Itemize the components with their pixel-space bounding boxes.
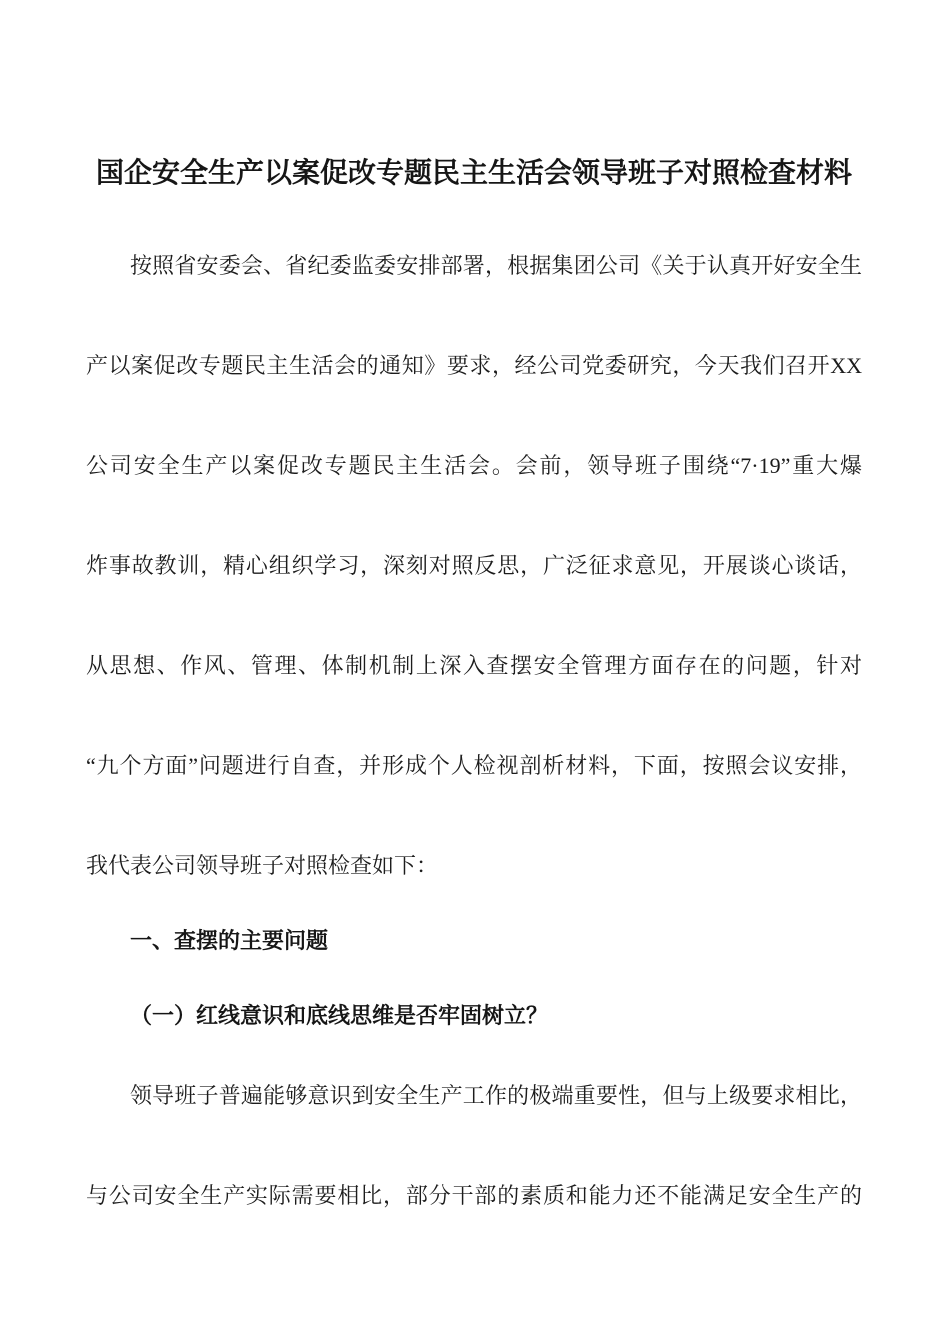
text-line: 炸事故教训，精心组织学习，深刻对照反思，广泛征求意见，开展谈心谈话， xyxy=(86,516,862,616)
body-paragraph: 领导班子普遍能够意识到安全生产工作的极端重要性，但与上级要求相比， 与公司安全生… xyxy=(86,1046,862,1246)
text-line: 按照省安委会、省纪委监委安排部署，根据集团公司《关于认真开好安全生 xyxy=(86,216,862,316)
text-line: 公司安全生产以案促改专题民主生活会。会前，领导班子围绕“7·19”重大爆 xyxy=(86,416,862,516)
text-line: “九个方面”问题进行自查，并形成个人检视剖析材料，下面，按照会议安排， xyxy=(86,716,862,816)
document-title: 国企安全生产以案促改专题民主生活会领导班子对照检查材料 xyxy=(86,152,862,196)
document-page: 国企安全生产以案促改专题民主生活会领导班子对照检查材料 按照省安委会、省纪委监委… xyxy=(0,0,950,1344)
text-line: 我代表公司领导班子对照检查如下： xyxy=(86,816,862,916)
text-line: 产以案促改专题民主生活会的通知》要求，经公司党委研究，今天我们召开XX xyxy=(86,316,862,416)
text-line: 从思想、作风、管理、体制机制上深入查摆安全管理方面存在的问题，针对 xyxy=(86,616,862,716)
text-line: 与公司安全生产实际需要相比，部分干部的素质和能力还不能满足安全生产的 xyxy=(86,1146,862,1246)
document-content: 国企安全生产以案促改专题民主生活会领导班子对照检查材料 按照省安委会、省纪委监委… xyxy=(86,0,862,1246)
subsection-heading-redline-awareness: （一）红线意识和底线思维是否牢固树立？ xyxy=(86,978,862,1053)
text-line: 领导班子普遍能够意识到安全生产工作的极端重要性，但与上级要求相比， xyxy=(86,1046,862,1146)
opening-paragraph: 按照省安委会、省纪委监委安排部署，根据集团公司《关于认真开好安全生 产以案促改专… xyxy=(86,216,862,916)
section-heading-main-problems: 一、查摆的主要问题 xyxy=(86,903,862,978)
